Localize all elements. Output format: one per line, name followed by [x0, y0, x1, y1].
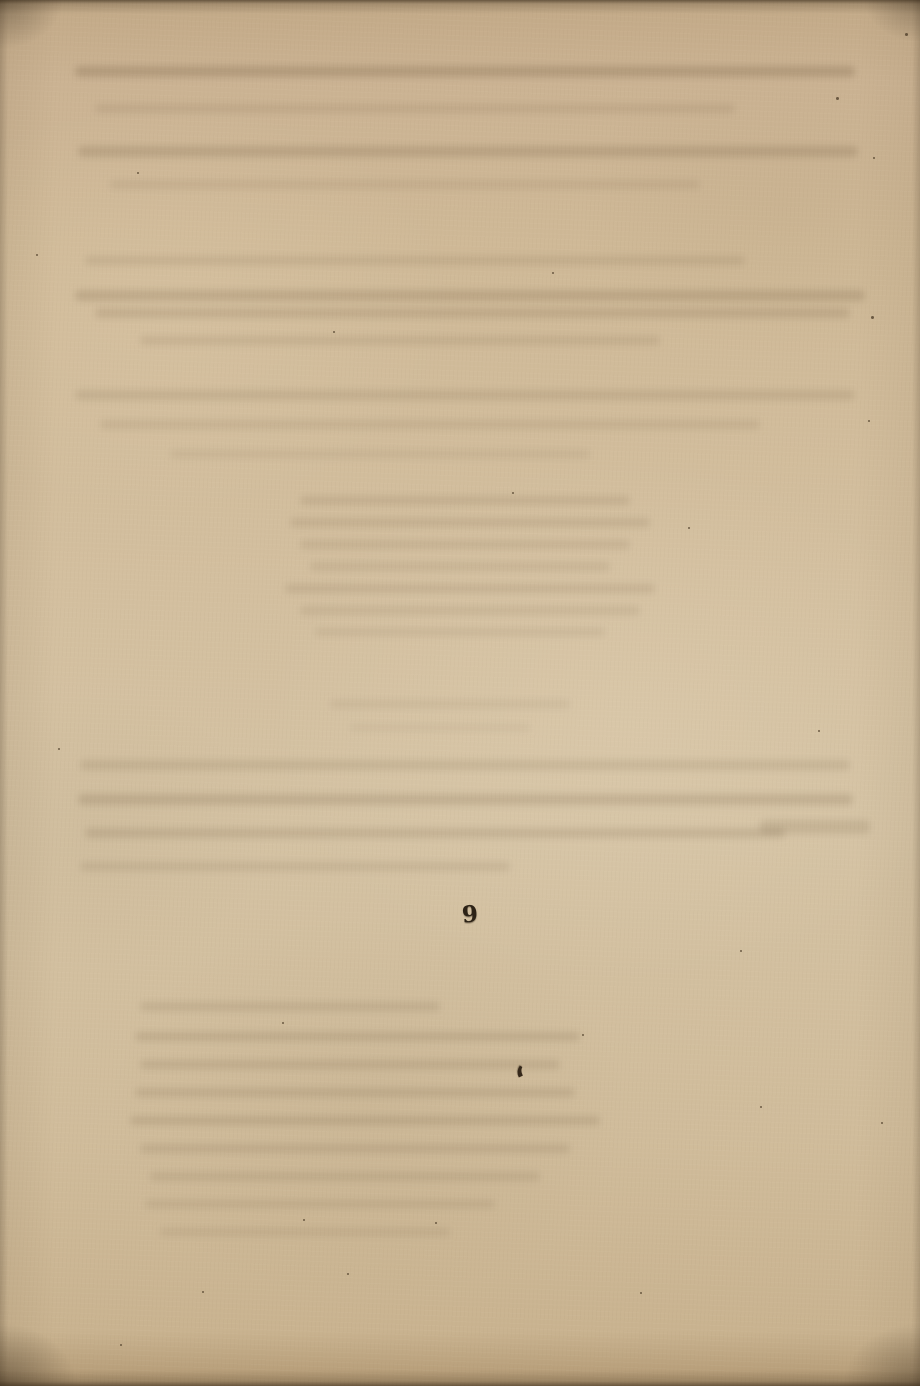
scanned-blank-book-page: 9 , [0, 0, 920, 1386]
scan-edge-vignette [0, 0, 920, 1386]
